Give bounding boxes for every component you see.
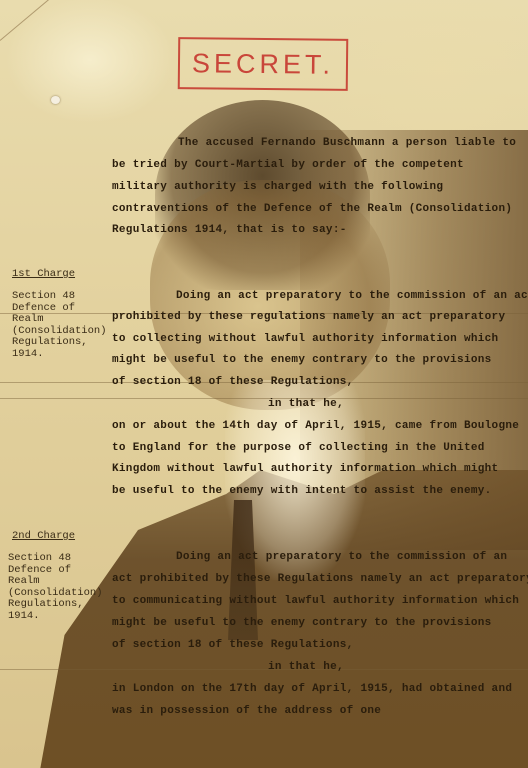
paper-crease: [0, 0, 62, 41]
charge2-line: was in possession of the address of one: [112, 705, 381, 717]
secret-stamp: SECRET.: [178, 37, 349, 91]
charge2-line: might be useful to the enemy contrary to…: [112, 617, 492, 629]
charge1-heading: 1st Charge: [12, 268, 75, 280]
intro-line: Regulations 1914, that is to say:-: [112, 224, 347, 236]
charge1-line: Kingdom without lawful authority informa…: [112, 463, 498, 475]
photo-hair: [155, 100, 370, 290]
charge2-sidenote: Section 48 Defence of Realm (Consolidati…: [8, 553, 103, 622]
intro-line: The accused Fernando Buschmann a person …: [178, 137, 516, 149]
photo-collar: [225, 380, 365, 580]
intro-line: military authority is charged with the f…: [112, 181, 443, 193]
charge1-line: Doing an act preparatory to the commissi…: [176, 290, 528, 302]
document-page: SECRET. The accused Fernando Buschmann a…: [0, 0, 528, 768]
charge2-line: Doing an act preparatory to the commissi…: [176, 551, 507, 563]
charge2-line: act prohibited by these Regulations name…: [112, 573, 528, 585]
charge1-line: prohibited by these regulations namely a…: [112, 311, 505, 323]
charge1-line: on or about the 14th day of April, 1915,…: [112, 420, 519, 432]
charge1-line: to collecting without lawful authority i…: [112, 333, 498, 345]
charge2-line: to communicating without lawful authorit…: [112, 595, 519, 607]
charge2-line: of section 18 of these Regulations,: [112, 639, 354, 651]
charge1-line: might be useful to the enemy contrary to…: [112, 354, 492, 366]
charge1-sidenote: Section 48 Defence of Realm (Consolidati…: [12, 291, 107, 360]
charge1-line: to England for the purpose of collecting…: [112, 442, 485, 454]
charge2-line: in London on the 17th day of April, 1915…: [112, 683, 512, 695]
charge2-heading: 2nd Charge: [12, 530, 75, 542]
punch-hole: [51, 96, 60, 104]
intro-line: contraventions of the Defence of the Rea…: [112, 203, 512, 215]
fold-line: [0, 669, 528, 670]
charge1-line: be useful to the enemy with intent to as…: [112, 485, 492, 497]
fold-line: [0, 398, 528, 399]
intro-line: be tried by Court-Martial by order of th…: [112, 159, 464, 171]
charge2-line: in that he,: [268, 661, 344, 673]
charge1-line: of section 18 of these Regulations,: [112, 376, 354, 388]
charge1-line: in that he,: [268, 398, 344, 410]
